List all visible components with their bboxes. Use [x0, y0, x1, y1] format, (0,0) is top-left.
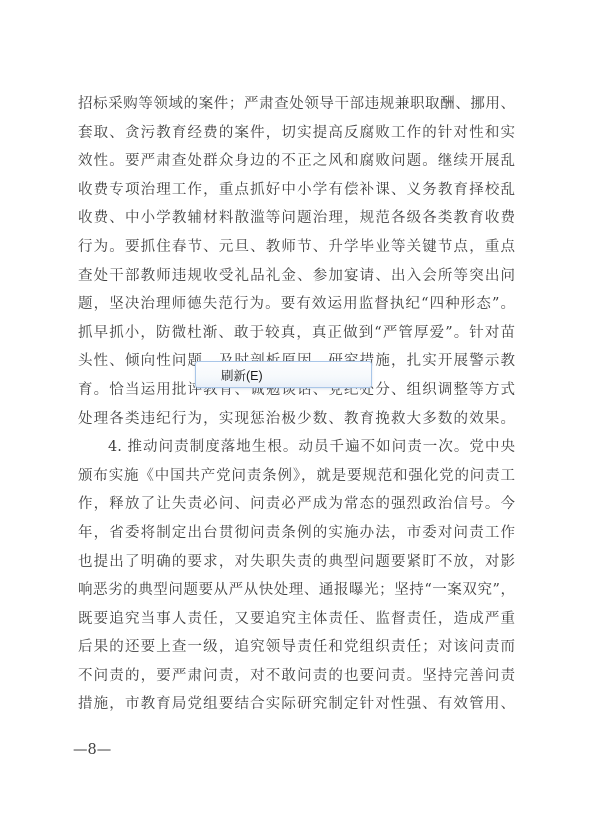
text-line: 处理各类违纪行为，实现惩治极少数、教育挽救大多数的效果。: [78, 405, 515, 434]
page-number: —8—: [73, 742, 111, 758]
text-line: 行为。要抓住春节、元旦、教师节、升学毕业等关键节点，重点: [78, 233, 515, 262]
document-body-text: 招标采购等领域的案件；严肃查处领导干部违规兼职取酬、挪用、 套取、贪污教育经费的…: [78, 90, 515, 719]
text-line: 颁布实施《中国共产党问责条例》，就是要规范和强化党的问责工: [78, 462, 515, 491]
text-line: 招标采购等领域的案件；严肃查处领导干部违规兼职取酬、挪用、: [78, 90, 515, 119]
text-line: 年，省委将制定出台贯彻问责条例的实施办法，市委对问责工作: [78, 519, 515, 548]
text-line: 套取、贪污教育经费的案件，切实提高反腐败工作的针对性和实: [78, 119, 515, 148]
text-line: 收费专项治理工作，重点抓好中小学有偿补课、义务教育择校乱: [78, 176, 515, 205]
context-menu-item-refresh[interactable]: 刷新(E): [195, 361, 372, 388]
text-line: 不问责的，要严肃问责，对不敢问责的也要问责。坚持完善问责: [78, 662, 515, 691]
text-line: 题，坚决治理师德失范行为。要有效运用监督执纪“四种形态”。: [78, 290, 515, 319]
text-line: 抓早抓小，防微杜渐、敢于较真，真正做到“严管厚爱”。针对苗: [78, 319, 515, 348]
document-page: 招标采购等领域的案件；严肃查处领导干部违规兼职取酬、挪用、 套取、贪污教育经费的…: [0, 0, 589, 822]
text-line: 响恶劣的典型问题要从严从快处理、通报曝光；坚持“一案双究”，: [78, 576, 515, 605]
text-line: 查处干部教师违规收受礼品礼金、参加宴请、出入会所等突出问: [78, 262, 515, 291]
text-line: 措施，市教育局党组要结合实际研究制定针对性强、有效管用、: [78, 690, 515, 719]
text-line: 收费、中小学教辅材料散滥等问题治理，规范各级各类教育收费: [78, 204, 515, 233]
text-line: 后果的还要上查一级，追究领导责任和党组织责任；对该问责而: [78, 633, 515, 662]
text-line: 既要追究当事人责任，又要追究主体责任、监督责任，造成严重: [78, 605, 515, 634]
text-line: 作，释放了让失责必问、问责必严成为常态的强烈政治信号。今: [78, 490, 515, 519]
text-line: 效性。要严肃查处群众身边的不正之风和腐败问题。继续开展乱: [78, 147, 515, 176]
text-line-paragraph-start: 4. 推动问责制度落地生根。动员千遍不如问责一次。党中央: [78, 433, 515, 462]
text-line: 也提出了明确的要求，对失职失责的典型问题要紧盯不放，对影: [78, 548, 515, 577]
refresh-menu-item-label: 刷新(E): [221, 366, 263, 384]
